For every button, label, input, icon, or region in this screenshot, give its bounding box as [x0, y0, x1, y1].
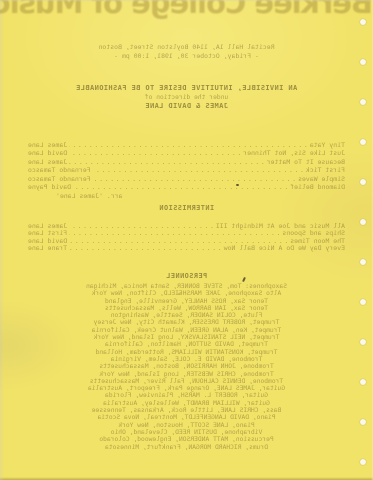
punch-hole — [360, 459, 366, 465]
piece-title: Just Like Sis, Not Thinner — [243, 149, 345, 157]
personnel-line: Saxophones: Tom, STEVE BONNER, Santa Mon… — [0, 283, 373, 290]
dot-leader: ........................................… — [69, 149, 241, 157]
performer-name: David Payne — [28, 183, 71, 191]
punch-hole — [360, 259, 366, 265]
performer-name: Fernando Tamasco — [28, 166, 91, 174]
piece-title: Because It To Matter — [267, 158, 345, 166]
venue-line: Recital Hall 1A, 1140 Boylston Street, B… — [0, 43, 373, 51]
dot-leader: ........................................… — [69, 141, 308, 149]
dot-leader: ........................................… — [93, 175, 296, 183]
program-row: Every Day We Do A Nice Ball Now.........… — [28, 245, 345, 252]
punch-hole — [360, 59, 366, 65]
personnel-line: Trumpet, NEIL STANISLAVSKY, Long Island,… — [0, 334, 373, 341]
personnel-heading: PERSONNEL — [0, 272, 373, 280]
punch-hole — [360, 99, 366, 105]
personnel-line: Tenor Sax, ROSS HANLEY, Greenville, Engl… — [0, 298, 373, 305]
performer-name: arr. 'James Lane' — [56, 192, 123, 200]
program-row: Diamond Belief..........................… — [28, 183, 345, 191]
intermission-heading: INTERMISSION — [0, 204, 373, 212]
personnel-list: Saxophones: Tom, STEVE BONNER, Santa Mon… — [0, 283, 373, 451]
program-row: Just Like Sis, Not Thinner..............… — [28, 149, 345, 157]
personnel-line: Guitar, WILLIAM BRANDT, Wellesley, Austr… — [0, 400, 373, 407]
direction-line: under the direction of — [0, 94, 373, 101]
dot-leader: ........................................… — [69, 230, 280, 237]
program-row: Because It To Matter....................… — [28, 158, 345, 166]
dot-leader: ........................................… — [69, 158, 265, 166]
personnel-line: Trumpet, ROBERT DRESSER, Klamath City, N… — [0, 319, 373, 326]
personnel-line: Piano, DAVID LANGENFELDT, Montreal, Nova… — [0, 414, 373, 421]
punch-hole — [360, 299, 366, 305]
performer-name: James Lane — [28, 158, 67, 166]
dot-leader: ........................................… — [69, 245, 222, 252]
ink-speck — [178, 293, 181, 295]
personnel-line: Tenor Sax, IAN BARROW, Wells, Massachuse… — [0, 305, 373, 312]
dot-leader: ........................................… — [93, 166, 304, 174]
scan-edge-top — [0, 0, 373, 2]
datetime-line: - Friday, October 30, 1981, 1:00 pm - — [0, 52, 373, 60]
punch-hole — [360, 379, 366, 385]
punch-hole — [360, 339, 366, 345]
personnel-line: Flute, COLIN SANDER, Seattle, Washington — [0, 312, 373, 319]
punch-hole — [360, 139, 366, 145]
program-list-second: All Music and Joe At Midnight III.......… — [28, 223, 345, 253]
program-row: Tiny Yata...............................… — [28, 141, 345, 149]
punch-hole — [360, 219, 366, 225]
personnel-line: Trombone, JOHN HARRISON, Boston, Massach… — [0, 363, 373, 370]
piece-title: Simple Waves — [298, 175, 345, 183]
directors-line: JAMES & DAVID LANE — [0, 102, 373, 110]
personnel-line: Trumpet, Ken, ALAN GREEN, Walnut Creek, … — [0, 327, 373, 334]
scanned-page: Berklee College of Music Recital Hall 1A… — [0, 0, 373, 480]
bleed-through-content: Berklee College of Music Recital Hall 1A… — [0, 0, 373, 480]
personnel-line: Guitar, ROBERT L. MARSH, Plainview, Flor… — [0, 392, 373, 399]
berklee-logo-text: Berklee College of Music — [0, 0, 373, 20]
personnel-line: Guitar, JAMES LANE, Orange Park, Freepor… — [0, 385, 373, 392]
personnel-line: Trumpet, DAVID SUTTON, Hamilton, Califor… — [0, 341, 373, 348]
personnel-line: Bass, CHRIS LANE, Little Rock, Arkansas,… — [0, 407, 373, 414]
performer-name: David Lane — [28, 149, 67, 157]
program-row: Simple Waves............................… — [28, 175, 345, 183]
performer-name: Fernando Tamasco — [28, 175, 91, 183]
dot-leader: ........................................… — [73, 183, 288, 191]
performer-name: Trane Lane — [28, 245, 67, 252]
punch-hole — [360, 419, 366, 425]
program-row: First Tick..............................… — [28, 166, 345, 174]
personnel-line: Percussion, MATT ANDERSON, Englewood, Co… — [0, 436, 373, 443]
dot-leader: ........................................… — [69, 223, 214, 230]
punch-hole — [360, 19, 366, 25]
personnel-line: Trumpet, KONSTANTIN WILLIAMS, Rotterdam,… — [0, 349, 373, 356]
performer-name: James Lane — [28, 141, 67, 149]
piece-title: Every Day We Do A Nice Ball Now — [224, 245, 345, 252]
personnel-line: Drums, RICHARD MORGAN, Frankfurt, Minnes… — [0, 444, 373, 451]
ink-speck — [236, 184, 239, 186]
program-list-first: Tiny Yata...............................… — [28, 141, 345, 200]
personnel-line: Trombone, CHRIS WEBSTER, Long Island, Ne… — [0, 371, 373, 378]
personnel-line: Piano, LANE SCOTT, Houston, New York — [0, 422, 373, 429]
punch-hole — [360, 179, 366, 185]
concert-title: AN INVISIBLE, INTUITIVE DESIRE TO BE FAS… — [0, 84, 373, 92]
piece-title: First Tick — [306, 166, 345, 174]
piece-title: Tiny Yata — [310, 141, 345, 149]
personnel-line: Vibraphone, DUSTIN REED, Cleveland, Ohio — [0, 429, 373, 436]
personnel-line: Trombone, DAVID E. COLE, Salem, Virginia — [0, 356, 373, 363]
personnel-line: Trombone, DENNIS CALHOUN, Fall River, Ma… — [0, 378, 373, 385]
personnel-line: Alto Saxophone, JAKE MARSHFIELD, Clifton… — [0, 290, 373, 297]
program-row: arr. 'James Lane' — [28, 192, 345, 200]
piece-title: Diamond Belief — [290, 183, 345, 191]
